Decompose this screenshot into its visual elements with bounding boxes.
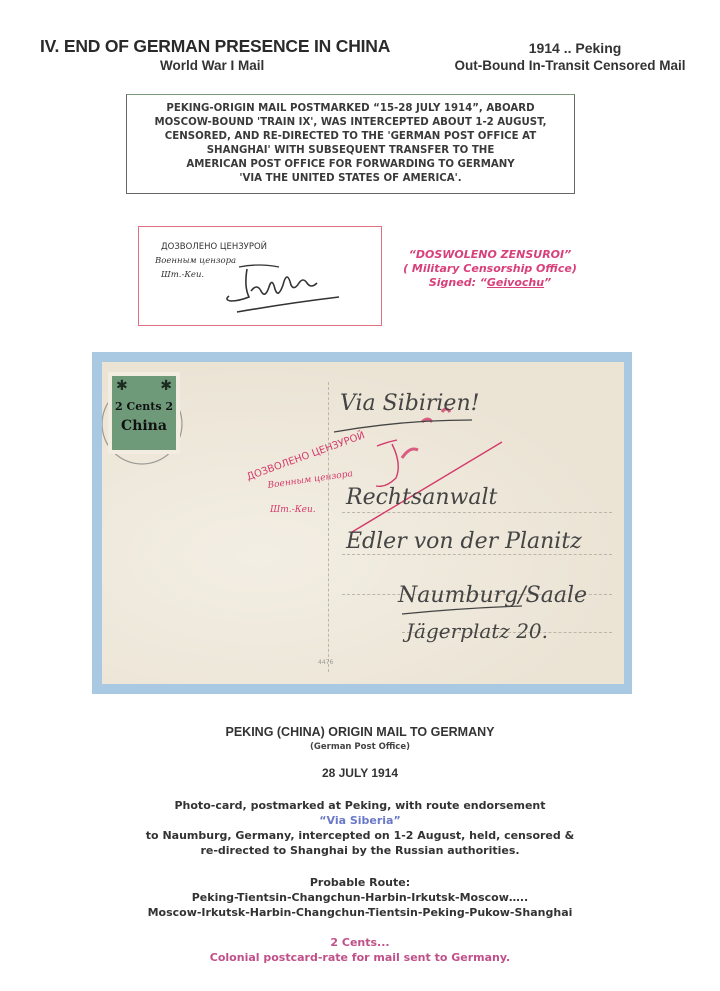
probable-route: Probable Route: Peking-Tientsin-Changchu… xyxy=(0,875,720,920)
censor-marking-illustration: ДОЗВОЛЕНО ЦЕНЗУРОЙ Военным цензора Шт.-К… xyxy=(138,226,382,326)
exhibit-date: 28 JULY 1914 xyxy=(0,766,720,780)
censor-line1: ДОЗВОЛЕНО ЦЕНЗУРОЙ xyxy=(161,240,267,252)
postcard-image: ДОЗВОЛЕНО ЦЕНЗУРОЙ Военным цензора Шт.-К… xyxy=(102,362,624,684)
signature-stroke xyxy=(227,269,249,301)
summary-line: AMERICAN POST OFFICE FOR FORWARDING TO G… xyxy=(186,158,514,172)
address-line-2: Edler von der Planitz xyxy=(345,529,582,554)
stamp-design: ✱ ✱ 2 Cents 2 China xyxy=(112,376,176,450)
postcard-writing: ДОЗВОЛЕНО ЦЕНЗУРОЙ Военным цензора Шт.-К… xyxy=(102,362,624,684)
address-line-3: Naumburg/Saale xyxy=(397,583,587,608)
svg-text:4476: 4476 xyxy=(318,659,333,666)
censor-caption-line2: ( Military Censorship Office) xyxy=(390,262,590,276)
censor-line3: Шт.-Кеи. xyxy=(160,270,204,280)
postage-rate-note: 2 Cents... Colonial postcard-rate for ma… xyxy=(0,935,720,965)
censor-caption-line3: Signed: “Geivochu” xyxy=(390,276,590,290)
exhibit-title: PEKING (CHINA) ORIGIN MAIL TO GERMANY xyxy=(0,725,720,739)
summary-line: MOSCOW-BOUND 'TRAIN IX', WAS INTERCEPTED… xyxy=(155,116,547,130)
svg-text:Военным цензора: Военным цензора xyxy=(266,469,353,491)
stamp-overprint: China xyxy=(112,418,176,434)
svg-text:Шт.-Кеи.: Шт.-Кеи. xyxy=(269,505,316,515)
address-line-4: Jägerplatz 20. xyxy=(402,619,548,643)
censor-caption-line1: “DOSWOLENO ZENSUROI” xyxy=(390,248,590,262)
censor-signature-name: Geivochu xyxy=(487,276,544,289)
postage-stamp: ✱ ✱ 2 Cents 2 China xyxy=(108,372,180,454)
route-endorsement-highlight: “Via Siberia” xyxy=(0,813,720,828)
summary-box: PEKING-ORIGIN MAIL POSTMARKED “15-28 JUL… xyxy=(126,94,575,194)
page-date-location: 1914 .. Peking xyxy=(440,40,710,56)
censor-line2: Военным цензора xyxy=(154,256,236,266)
exhibit-subtitle: (German Post Office) xyxy=(0,742,720,752)
summary-line: CENSORED, AND RE-DIRECTED TO THE 'GERMAN… xyxy=(165,130,536,144)
section-title: IV. END OF GERMAN PRESENCE IN CHINA xyxy=(40,36,430,57)
summary-line: PEKING-ORIGIN MAIL POSTMARKED “15-28 JUL… xyxy=(166,102,534,116)
address-line-1: Rechtsanwalt xyxy=(345,485,497,510)
summary-line: 'VIA THE UNITED STATES OF AMERICA'. xyxy=(239,172,461,186)
summary-line: SHANGHAI' WITH SUBSEQUENT TRANSFER TO TH… xyxy=(207,144,495,158)
censor-caption: “DOSWOLENO ZENSUROI” ( Military Censorsh… xyxy=(390,248,590,290)
route-endorsement: Via Sibirien! xyxy=(340,391,479,416)
stamp-value: 2 Cents 2 xyxy=(112,400,176,413)
censor-handstamp-image: ДОЗВОЛЕНО ЦЕНЗУРОЙ Военным цензора Шт.-К… xyxy=(139,227,380,324)
section-subtitle: World War I Mail xyxy=(160,58,360,73)
exhibit-description: Photo-card, postmarked at Peking, with r… xyxy=(0,798,720,858)
page-topic: Out-Bound In-Transit Censored Mail xyxy=(420,58,720,73)
